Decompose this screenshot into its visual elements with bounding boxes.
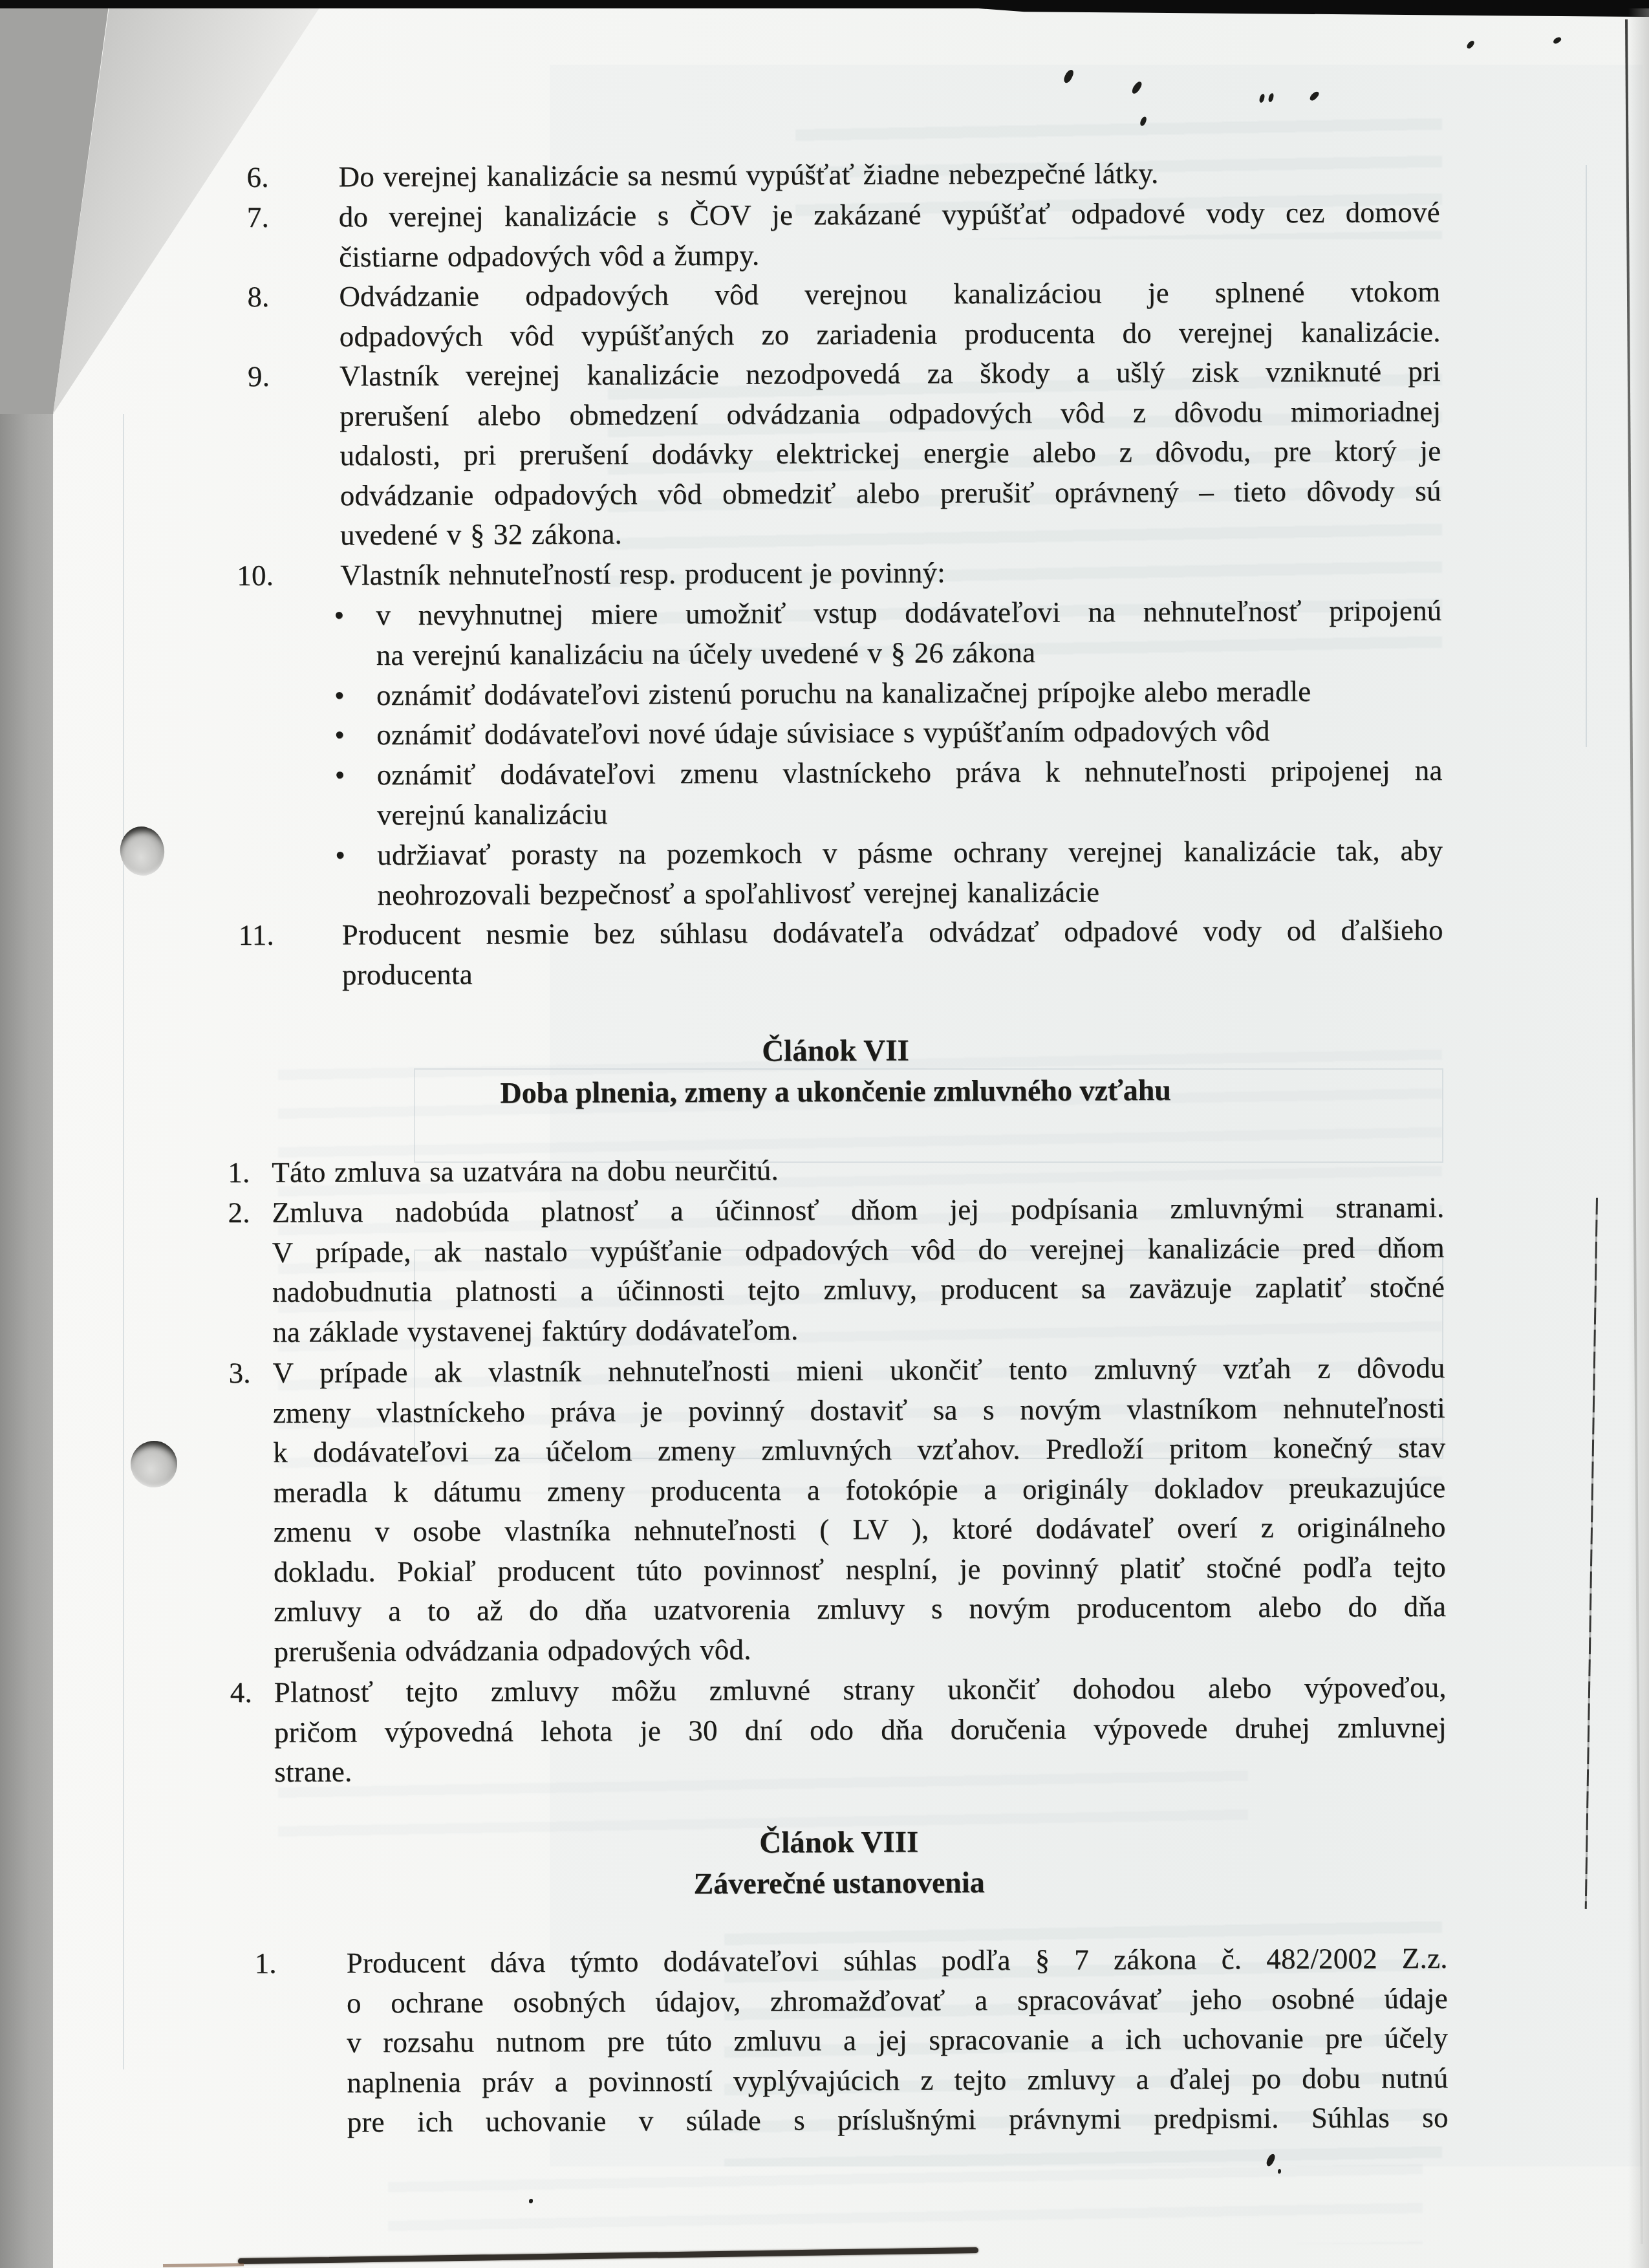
text-line: Odvádzanie odpadových vôd verejnou kanal… xyxy=(339,272,1440,317)
text-line: odvádzanie odpadových vôd obmedziť alebo… xyxy=(340,471,1441,515)
text-line: Producent dáva týmto dodávateľovi súhlas… xyxy=(346,1939,1447,1983)
article-heading: Článok VIII xyxy=(231,1822,1447,1863)
text-line: Vlastník verejnej kanalizácie nezodpoved… xyxy=(339,352,1441,396)
text-line: Vlastník nehnuteľností resp. producent j… xyxy=(340,551,1441,596)
text-line: Táto zmluva sa uzatvára na dobu neurčitú… xyxy=(272,1148,1444,1193)
document-body: 6. Do verejnej kanalizácie sa nesmú vypú… xyxy=(0,0,1649,2268)
text-line: prerušení alebo obmedzení odvádzania odp… xyxy=(339,391,1441,436)
text-line: producenta xyxy=(342,950,1443,995)
text-line: V prípade ak vlastník nehnuteľnosti mien… xyxy=(272,1348,1445,1393)
list-item: 9. Vlastník verejnej kanalizácie nezodpo… xyxy=(248,352,1441,556)
text-line: oznámiť dodávateľovi zistenú poruchu na … xyxy=(376,671,1442,716)
text-line: Zmluva nadobúda platnosť a účinnosť dňom… xyxy=(272,1188,1444,1233)
text-line: v nevyhnutnej miere umožniť vstup dodáva… xyxy=(376,591,1441,636)
text-line: oznámiť dodávateľovi nové údaje súvisiac… xyxy=(376,711,1442,755)
list-item: • oznámiť dodávateľovi zmenu vlastníckeh… xyxy=(249,751,1443,836)
list-item: • v nevyhnutnej miere umožniť vstup dodá… xyxy=(248,591,1442,676)
list-item-number: 2. xyxy=(228,1193,250,1233)
list-item: 1. Producent dáva týmto dodávateľovi súh… xyxy=(254,1939,1448,2143)
list-item: 10. Vlastník nehnuteľností resp. produce… xyxy=(248,551,1441,596)
scanned-contract-page: { "colors": { "paper": "#f4f5f3", "ink":… xyxy=(0,0,1649,2268)
list-item-number: 4. xyxy=(230,1673,252,1713)
text-line: zmluvy a to až do dňa uzatvorenia zmluvy… xyxy=(274,1587,1446,1632)
list-item: 4. Platnosť tejto zmluvy môžu zmluvné st… xyxy=(230,1668,1447,1793)
text-line: k dodávateľovi za účelom zmeny zmluvných… xyxy=(273,1428,1445,1473)
list-item-number: 1. xyxy=(254,1944,276,1984)
text-line: meradla k dátumu zmeny producenta a foto… xyxy=(273,1467,1445,1512)
list-item-number: 1. xyxy=(228,1153,250,1193)
list-item: 8. Odvádzanie odpadových vôd verejnou ka… xyxy=(247,272,1441,357)
bullet-icon: • xyxy=(334,596,344,636)
text-line: pričom výpovedná lehota je 30 dní odo dň… xyxy=(274,1707,1447,1752)
list-item-number: 8. xyxy=(247,277,269,318)
text-line: v rozsahu nutnom pre túto zmluvu a jej s… xyxy=(347,2018,1448,2063)
text-line: odpadových vôd vypúšťaných zo zariadenia… xyxy=(339,312,1440,356)
list-item: 7. do verejnej kanalizácie s ČOV je zaká… xyxy=(247,193,1441,277)
text-line: udalosti, pri prerušení dodávky elektric… xyxy=(339,431,1441,476)
list-item: • oznámiť dodávateľovi nové údaje súvisi… xyxy=(249,711,1442,756)
text-line: zmeny vlastníckeho práva je povinný dost… xyxy=(273,1388,1445,1432)
list-item: 11. Producent nesmie bez súhlasu dodávat… xyxy=(250,911,1444,995)
text-line: naplnenia práv a povinností vyplývajúcic… xyxy=(347,2058,1448,2102)
text-line: strane. xyxy=(274,1747,1447,1792)
text-line: udržiavať porasty na pozemkoch v pásme o… xyxy=(377,831,1443,876)
list-item-number: 7. xyxy=(247,198,269,238)
text-line: na základe vystavenej faktúry dodávateľo… xyxy=(272,1307,1445,1352)
text-line: prerušenia odvádzania odpadových vôd. xyxy=(274,1626,1446,1671)
text-line: uvedené v § 32 zákona. xyxy=(340,511,1441,556)
text-line: neohrozovali bezpečnosť a spoľahlivosť v… xyxy=(377,870,1443,915)
article-heading: Článok VII xyxy=(227,1031,1443,1071)
bullet-icon: • xyxy=(334,676,345,716)
bullet-icon: • xyxy=(334,715,345,755)
list-item: 1. Táto zmluva sa uzatvára na dobu neurč… xyxy=(228,1148,1444,1193)
text-line: Do verejnej kanalizácie sa nesmú vypúšťa… xyxy=(338,153,1439,197)
text-line: V prípade, ak nastalo vypúšťanie odpadov… xyxy=(272,1227,1445,1272)
article-subtitle: Doba plnenia, zmeny a ukončenie zmluvnéh… xyxy=(228,1072,1444,1111)
text-line: čistiarne odpadových vôd a žumpy. xyxy=(339,232,1440,277)
text-line: dokladu. Pokiaľ producent túto povinnosť… xyxy=(274,1547,1446,1592)
list-item-number: 3. xyxy=(228,1354,250,1394)
list-item: • udržiavať porasty na pozemkoch v pásme… xyxy=(250,831,1443,916)
list-item-number: 6. xyxy=(246,158,268,198)
text-line: pre ich uchovanie v súlade s príslušnými… xyxy=(347,2098,1449,2143)
text-line: do verejnej kanalizácie s ČOV je zakázan… xyxy=(339,193,1440,237)
article-subtitle: Záverečné ustanovenia xyxy=(231,1863,1447,1903)
list-item-number: 10. xyxy=(237,556,274,596)
list-item: 2. Zmluva nadobúda platnosť a účinnosť d… xyxy=(228,1188,1445,1352)
text-line: zmenu v osobe vlastníka nehnuteľnosti ( … xyxy=(274,1507,1446,1552)
list-item: 6. Do verejnej kanalizácie sa nesmú vypú… xyxy=(246,153,1439,198)
bullet-icon: • xyxy=(335,836,345,876)
text-line: na verejnú kanalizáciu na účely uvedené … xyxy=(376,631,1442,675)
list-item-number: 11. xyxy=(239,916,274,956)
text-line: Producent nesmie bez súhlasu dodávateľa … xyxy=(342,911,1443,955)
text-line: verejnú kanalizáciu xyxy=(377,790,1443,835)
bullet-icon: • xyxy=(334,755,345,795)
text-line: nadobudnutia platnosti a účinnosti tejto… xyxy=(272,1268,1445,1312)
text-line: Platnosť tejto zmluvy môžu zmluvné stran… xyxy=(274,1668,1447,1712)
list-item: 3. V prípade ak vlastník nehnuteľnosti m… xyxy=(228,1348,1446,1672)
list-item: • oznámiť dodávateľovi zistenú poruchu n… xyxy=(249,671,1442,717)
text-line: o ochrane osobných údajov, zhromažďovať … xyxy=(347,1978,1448,2023)
text-line: oznámiť dodávateľovi zmenu vlastníckeho … xyxy=(376,751,1442,795)
list-item-number: 9. xyxy=(248,357,270,397)
